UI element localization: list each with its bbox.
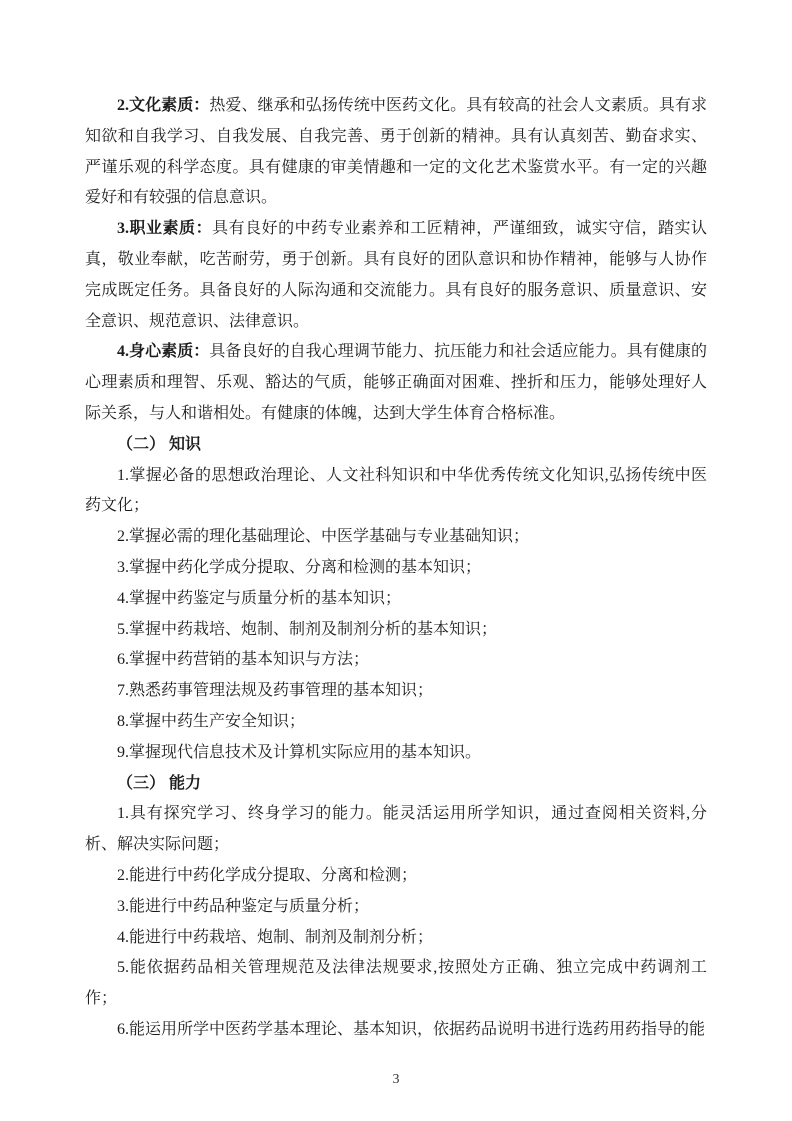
knowledge-item-8: 8.掌握中药生产安全知识； [85, 707, 707, 738]
heading-knowledge: （二） 知识 [85, 430, 707, 461]
paragraph-professional-quality: 3.职业素质：具有良好的中药专业素养和工匠精神，严谨细致，诚实守信，踏实认真，敬… [85, 214, 707, 337]
knowledge-item-7: 7.熟悉药事管理法规及药事管理的基本知识； [85, 676, 707, 707]
paragraph-cultural-quality-label: 2.文化素质： [117, 97, 209, 114]
document-page: 2.文化素质：热爱、继承和弘扬传统中医药文化。具有较高的社会人文素质。具有求知欲… [0, 0, 792, 1121]
knowledge-item-3: 3.掌握中药化学成分提取、分离和检测的基本知识； [85, 553, 707, 584]
ability-item-5: 5.能依据药品相关管理规范及法律法规要求,按照处方正确、独立完成中药调剂工作； [85, 953, 707, 1015]
paragraph-cultural-quality: 2.文化素质：热爱、继承和弘扬传统中医药文化。具有较高的社会人文素质。具有求知欲… [85, 91, 707, 214]
knowledge-item-4: 4.掌握中药鉴定与质量分析的基本知识； [85, 584, 707, 615]
ability-item-4: 4.能进行中药栽培、炮制、制剂及制剂分析； [85, 923, 707, 954]
knowledge-item-1: 1.掌握必备的思想政治理论、人文社科知识和中华优秀传统文化知识,弘扬传统中医药文… [85, 461, 707, 523]
paragraph-physical-mental-quality-label: 4.身心素质： [117, 343, 209, 360]
ability-item-2: 2.能进行中药化学成分提取、分离和检测； [85, 861, 707, 892]
ability-item-3: 3.能进行中药品种鉴定与质量分析； [85, 892, 707, 923]
paragraph-professional-quality-label: 3.职业素质： [117, 220, 212, 237]
heading-ability: （三） 能力 [85, 769, 707, 800]
knowledge-item-2: 2.掌握必需的理化基础理论、中医学基础与专业基础知识； [85, 522, 707, 553]
page-number: 3 [85, 1072, 707, 1088]
knowledge-item-6: 6.掌握中药营销的基本知识与方法； [85, 645, 707, 676]
knowledge-item-9: 9.掌握现代信息技术及计算机实际应用的基本知识。 [85, 738, 707, 769]
knowledge-item-5: 5.掌握中药栽培、炮制、制剂及制剂分析的基本知识； [85, 615, 707, 646]
ability-item-1: 1.具有探究学习、终身学习的能力。能灵活运用所学知识，通过查阅相关资料,分析、解… [85, 799, 707, 861]
paragraph-physical-mental-quality: 4.身心素质：具备良好的自我心理调节能力、抗压能力和社会适应能力。具有健康的心理… [85, 337, 707, 429]
ability-item-6: 6.能运用所学中医药学基本理论、基本知识，依据药品说明书进行选药用药指导的能 [85, 1015, 707, 1046]
